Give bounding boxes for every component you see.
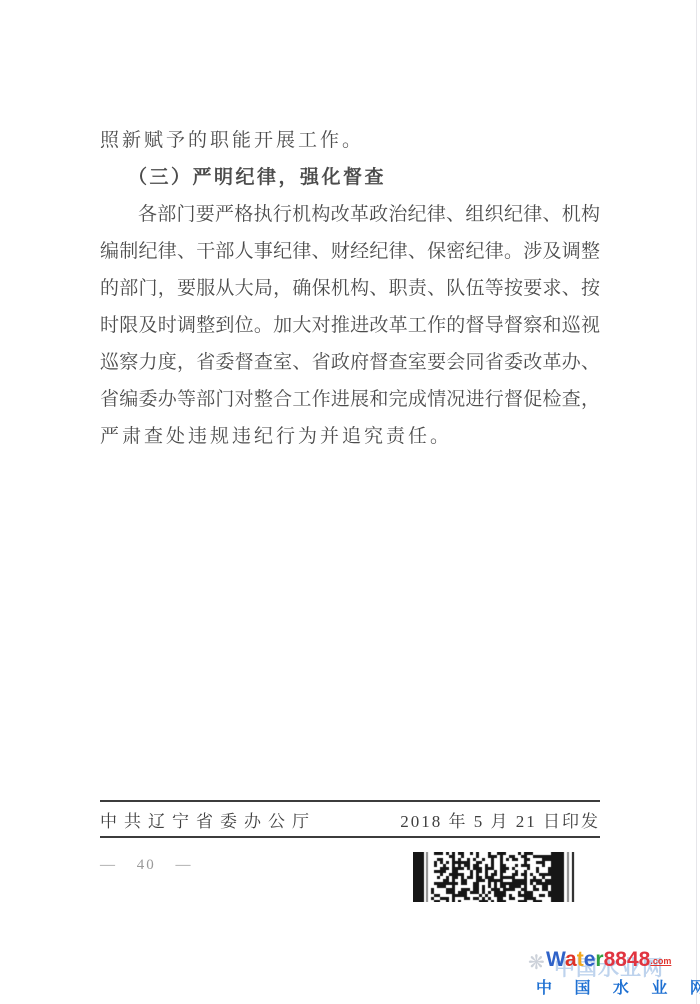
text-line: 编制纪律、干部人事纪律、财经纪律、保密纪律。涉及调整: [100, 233, 600, 270]
text-line: 省编委办等部门对整合工作进展和完成情况进行督促检查，: [100, 381, 600, 418]
domain-suffix: .com: [650, 956, 671, 966]
site-name-chinese: 中 国 水 业 网: [536, 975, 700, 998]
brand-letter: W: [546, 948, 565, 971]
brand-letter: e: [584, 948, 596, 971]
brand-letter: 8: [604, 948, 616, 971]
print-date-label: 2018 年 5 月 21 日印发: [400, 807, 600, 832]
text-line: 时限及时调整到位。加大对推进改革工作的督导督察和巡视: [100, 307, 600, 344]
footer-divider-bottom: [100, 836, 600, 838]
brand-letter: a: [565, 948, 577, 971]
issuer-label: 中共辽宁省委办公厅: [100, 807, 316, 832]
text-line: 的部门，要服从大局，确保机构、职责、队伍等按要求、按: [100, 270, 600, 307]
text-line: 巡察力度，省委督查室、省政府督查室要会同省委改革办、: [100, 344, 600, 381]
brand-letter: 4: [627, 948, 639, 971]
text-line: 照新赋予的职能开展工作。: [100, 122, 600, 159]
text-line: 严肃查处违规违纪行为并追究责任。: [100, 418, 600, 455]
section-heading: （三）严明纪律，强化督查: [100, 159, 600, 196]
text-line: 各部门要严格执行机构改革政治纪律、组织纪律、机构: [100, 196, 600, 233]
brand-letter: r: [595, 948, 603, 971]
gear-icon: ❋: [528, 950, 545, 975]
scan-edge-line: [696, 0, 697, 1004]
document-page: 照新赋予的职能开展工作。 （三）严明纪律，强化督查 各部门要严格执行机构改革政治…: [0, 0, 700, 1004]
print-barcode: [413, 852, 577, 902]
brand-letter: 8: [615, 948, 627, 971]
watermark-logo: ❋ 中国水业网 Water8848.com 中 国 水 业 网: [530, 948, 696, 1002]
brand-wordmark: Water8848.com: [546, 948, 671, 972]
brand-letter: t: [577, 948, 584, 971]
document-body: 照新赋予的职能开展工作。 （三）严明纪律，强化督查 各部门要严格执行机构改革政治…: [100, 122, 600, 455]
page-number: — 40 —: [100, 857, 193, 874]
footer-row: 中共辽宁省委办公厅 2018 年 5 月 21 日印发: [100, 802, 600, 836]
brand-letter: 8: [639, 948, 651, 971]
